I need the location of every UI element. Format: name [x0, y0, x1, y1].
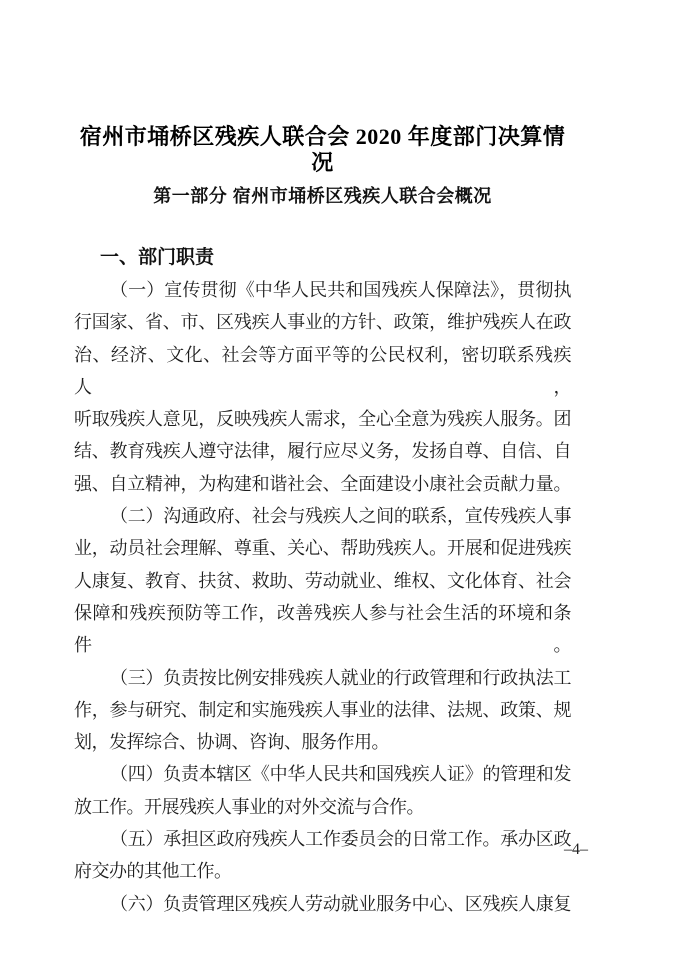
body-line: 结、教育残疾人遵守法律，履行应尽义务，发扬自尊、自信、自 [74, 435, 571, 467]
page-subtitle: 第一部分 宿州市埇桥区残疾人联合会概况 [74, 183, 571, 209]
body-text: （一）宣传贯彻《中华人民共和国残疾人保障法》，贯彻执行国家、省、市、区残疾人事业… [74, 274, 571, 920]
body-line: 业，动员社会理解、尊重、关心、帮助残疾人。开展和促进残疾 [74, 532, 571, 564]
body-line: （三）负责按比例安排残疾人就业的行政管理和行政执法工 [74, 662, 571, 694]
body-line: 人康复、教育、扶贫、救助、劳动就业、维权、文化体育、社会 [74, 565, 571, 597]
page-number: –4– [564, 841, 588, 859]
page-title: 宿州市埇桥区残疾人联合会 2020 年度部门决算情况 [74, 124, 571, 176]
document-page: 宿州市埇桥区残疾人联合会 2020 年度部门决算情况 第一部分 宿州市埇桥区残疾… [0, 0, 674, 954]
body-line: 治、经济、文化、社会等方面平等的公民权利，密切联系残疾人， [74, 339, 571, 404]
body-line: （五）承担区政府残疾人工作委员会的日常工作。承办区政 [74, 823, 571, 855]
body-line: 行国家、省、市、区残疾人事业的方针、政策，维护残疾人在政 [74, 306, 571, 338]
body-line: 府交办的其他工作。 [74, 855, 571, 887]
body-line: （二）沟通政府、社会与残疾人之间的联系，宣传残疾人事 [74, 500, 571, 532]
body-line: （六）负责管理区残疾人劳动就业服务中心、区残疾人康复 [74, 888, 571, 920]
body-line: （一）宣传贯彻《中华人民共和国残疾人保障法》，贯彻执 [74, 274, 571, 306]
body-line: 划，发挥综合、协调、咨询、服务作用。 [74, 726, 571, 758]
body-line: 作，参与研究、制定和实施残疾人事业的法律、法规、政策、规 [74, 694, 571, 726]
body-line: 强、自立精神，为构建和谐社会、全面建设小康社会贡献力量。 [74, 468, 571, 500]
body-line: 保障和残疾预防等工作，改善残疾人参与社会生活的环境和条件。 [74, 597, 571, 662]
body-line: （四）负责本辖区《中华人民共和国残疾人证》的管理和发 [74, 758, 571, 790]
section-heading: 一、部门职责 [74, 244, 571, 272]
body-line: 放工作。开展残疾人事业的对外交流与合作。 [74, 791, 571, 823]
body-line: 听取残疾人意见，反映残疾人需求，全心全意为残疾人服务。团 [74, 403, 571, 435]
